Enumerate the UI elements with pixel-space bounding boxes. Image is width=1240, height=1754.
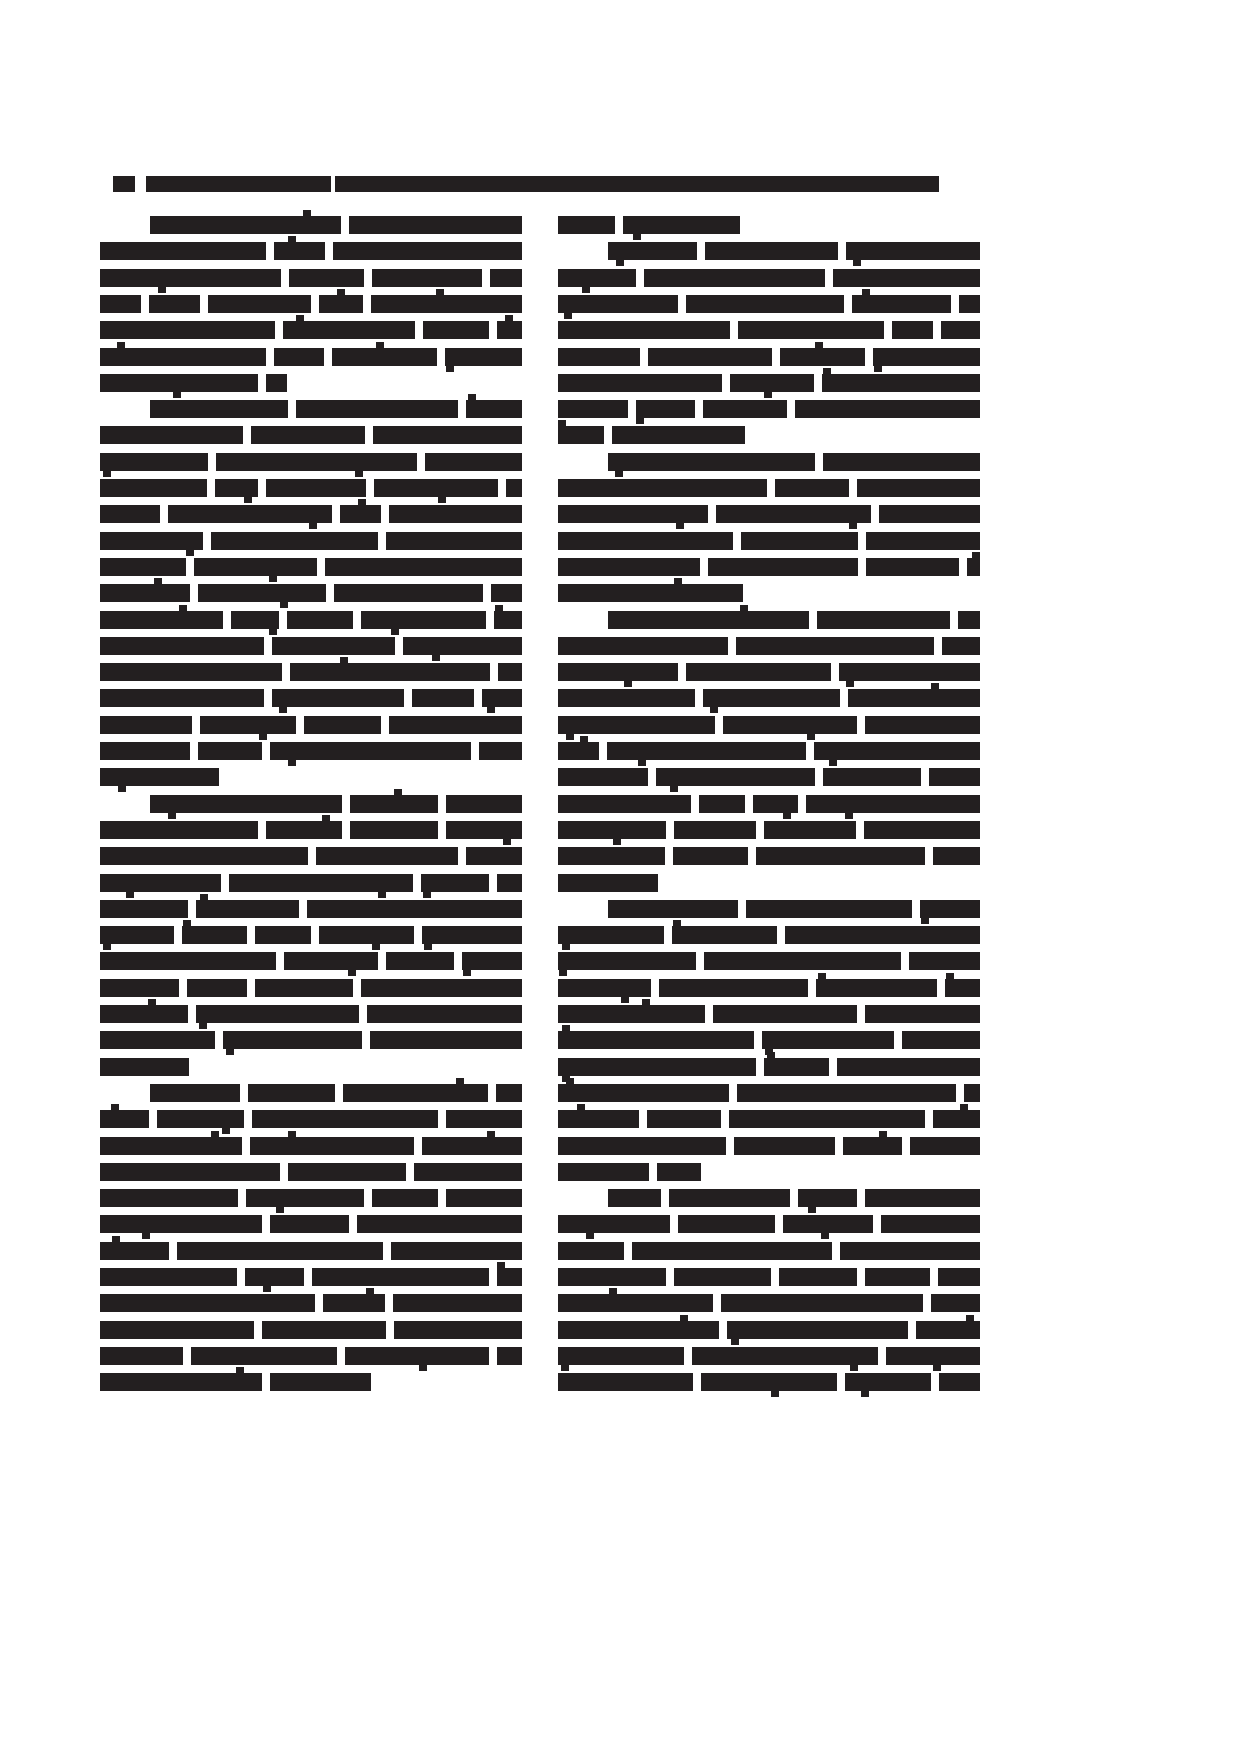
redaction-bar [334,584,483,602]
redaction-bar [701,1373,837,1391]
redaction-bar [150,795,342,813]
descender-mark [487,1131,495,1137]
redacted-text-line [558,321,980,339]
descender-mark [767,1052,775,1058]
redaction-bar [231,611,279,629]
redaction-bar [496,1084,522,1102]
redacted-text-line [100,479,522,497]
redacted-text-line [558,532,980,550]
redaction-bar [558,689,695,707]
redaction-bar [403,637,522,655]
redaction-bar [865,1005,980,1023]
redaction-bar [296,400,458,418]
redacted-text-line [100,1294,522,1312]
redaction-bar [873,348,980,366]
redaction-bar [558,1084,729,1102]
descender-mark [118,786,126,792]
descender-mark [807,734,815,740]
redaction-bar [350,795,438,813]
redaction-bar [756,847,925,865]
redaction-bar [100,663,282,681]
redaction-bar [211,532,378,550]
redacted-text-line [100,1058,189,1076]
redaction-bar [100,1347,183,1365]
redaction-bar [497,874,522,892]
descender-mark [586,1233,594,1239]
descender-mark [158,287,166,293]
descender-mark [495,605,503,611]
descender-mark [276,1207,284,1213]
redaction-bar [558,742,599,760]
redaction-bar [704,952,901,970]
descender-mark [222,1128,230,1134]
redaction-bar [198,742,262,760]
descender-mark [559,970,567,976]
redacted-text-line [100,453,522,471]
redaction-bar [558,1373,693,1391]
redacted-text-line [100,295,522,313]
redaction-bar [746,900,912,918]
descender-mark [783,813,791,819]
redaction-bar [445,348,522,366]
redaction-bar [967,558,980,576]
descender-mark [566,1078,574,1084]
redacted-text-line [558,1110,980,1128]
redacted-text-line [100,1110,522,1128]
redacted-text-line [558,1268,980,1286]
redaction-bar [191,1347,337,1365]
redaction-bar [446,795,522,813]
descender-mark [818,973,826,979]
descender-mark [673,920,681,926]
redaction-bar [425,453,522,471]
descender-mark [226,1049,234,1055]
redaction-bar [558,321,730,339]
redaction-bar [843,1137,902,1155]
redaction-bar [636,400,695,418]
redacted-text-line [100,374,287,392]
redacted-text-line [100,1347,522,1365]
redaction-bar [367,1005,522,1023]
redaction-bar [149,295,200,313]
redacted-text-line [100,611,522,629]
redaction-bar [902,1031,980,1049]
redaction-bar [941,321,980,339]
redacted-text-line [100,742,522,760]
redaction-bar [823,768,921,786]
redaction-bar [386,952,454,970]
descender-mark [740,605,748,611]
redacted-text-line [558,689,980,707]
redaction-bar [100,874,221,892]
redaction-bar [558,1137,726,1155]
redaction-bar [100,532,203,550]
descender-mark [674,578,682,584]
redaction-bar [669,1189,790,1207]
redaction-bar [938,1268,980,1286]
redaction-bar [372,269,482,287]
redaction-bar [270,1215,349,1233]
descender-mark [419,1365,427,1371]
descender-mark [438,497,446,503]
redaction-bar [674,821,756,839]
redaction-bar [100,952,276,970]
descender-mark [168,813,176,819]
redacted-text-line [558,821,980,839]
redaction-bar [865,1189,980,1207]
redaction-bar [223,1031,362,1049]
redaction-bar [100,295,141,313]
redaction-bar [608,611,809,629]
descender-mark [764,392,772,398]
descender-mark [853,260,861,266]
redaction-bar [325,558,522,576]
descender-mark [279,707,287,713]
redaction-bar [558,1268,666,1286]
redaction-bar [100,1163,280,1181]
redaction-bar [150,1084,240,1102]
descender-mark [845,813,853,819]
descender-mark [670,786,678,792]
redacted-text-line [558,637,980,655]
redaction-bar [764,1058,829,1076]
redaction-bar [100,374,258,392]
redaction-bar [100,926,174,944]
descender-mark [808,1207,816,1213]
descender-mark [322,815,330,821]
descender-mark [562,1025,570,1031]
redaction-bar [857,479,980,497]
descender-mark [613,839,621,845]
redacted-text-line [558,1163,701,1181]
redaction-bar [272,689,404,707]
redaction-bar [262,1321,386,1339]
redaction-bar [100,689,264,707]
descender-mark [874,366,882,372]
redaction-bar [216,453,417,471]
redaction-bar [266,821,342,839]
redaction-bar [357,1215,522,1233]
redaction-bar [845,1373,931,1391]
descender-mark [815,342,823,348]
redaction-bar [343,1084,488,1102]
redaction-bar [100,242,266,260]
descender-mark [829,760,837,766]
descender-mark [633,234,641,240]
descender-mark [269,629,277,635]
descender-mark [309,523,317,529]
redaction-bar [833,269,980,287]
redaction-bar [462,952,522,970]
redaction-bar [674,1268,771,1286]
redaction-bar [879,505,980,523]
descender-mark [424,944,432,950]
redacted-text-line [558,1294,980,1312]
redacted-text-line [608,611,980,629]
redaction-bar [607,742,806,760]
redaction-bar [266,479,366,497]
redaction-bar [558,400,628,418]
descender-mark [236,1367,244,1373]
redaction-bar [558,348,640,366]
descender-mark [269,576,277,582]
redaction-bar [656,768,815,786]
redaction-bar [361,979,522,997]
redaction-bar [272,637,395,655]
redaction-bar [100,1294,315,1312]
redaction-bar [612,426,745,444]
descender-mark [183,920,191,926]
redacted-text-line [558,216,740,234]
descender-mark [456,1078,464,1084]
redaction-bar [386,532,522,550]
redaction-bar [703,400,787,418]
descender-mark [358,499,366,505]
descender-mark [288,236,296,242]
descender-mark [497,1262,505,1268]
redacted-text-line [558,558,980,576]
descender-mark [609,1288,617,1294]
redaction-bar [558,1058,756,1076]
redaction-bar [729,1110,925,1128]
document-page [0,0,1240,1754]
redacted-text-line [100,874,522,892]
redaction-bar [647,1110,721,1128]
redaction-bar [393,1294,522,1312]
redacted-text-line [558,400,980,418]
redaction-bar [959,295,980,313]
redaction-bar [312,1268,489,1286]
redacted-text-line [558,1215,980,1233]
redaction-bar [252,1110,438,1128]
redaction-bar [881,1215,980,1233]
descender-mark [582,287,590,293]
descender-mark [103,471,111,477]
redaction-bar [686,295,844,313]
descender-mark [558,420,566,426]
redaction-bar [816,979,937,997]
redaction-bar [498,663,522,681]
redaction-bar [270,742,471,760]
redaction-bar [837,1058,980,1076]
redaction-bar [307,900,522,918]
redacted-text-line [558,426,745,444]
redaction-bar [822,374,980,392]
redaction-bar [187,979,247,997]
redaction-bar [558,426,604,444]
descender-mark [933,1365,941,1371]
redaction-bar [100,1110,149,1128]
descender-mark [366,1288,374,1294]
redacted-text-line [608,1189,980,1207]
redaction-bar [741,532,858,550]
descender-mark [680,1315,688,1321]
redaction-bar [852,295,951,313]
redaction-bar [798,1189,857,1207]
redaction-bar [319,295,363,313]
descender-mark [376,342,384,348]
redaction-bar [100,768,219,786]
redacted-text-line [150,400,522,418]
redaction-bar [287,611,353,629]
redaction-bar [608,453,815,471]
redaction-bar [497,321,522,339]
descender-mark [348,970,356,976]
descender-mark [879,1131,887,1137]
redaction-bar [100,269,281,287]
redaction-bar [491,584,522,602]
redaction-bar [558,1347,684,1365]
redacted-text-line [558,847,980,865]
redaction-bar [931,1294,980,1312]
redacted-text-line [558,716,980,734]
redaction-bar [245,1268,304,1286]
redaction-bar [255,979,353,997]
redaction-bar [699,795,745,813]
redaction-bar [274,348,324,366]
descender-mark [503,839,511,845]
redaction-bar [558,952,696,970]
redaction-bar [198,584,326,602]
descender-mark [771,1391,779,1397]
redaction-bar [558,505,708,523]
descender-mark [173,392,181,398]
redaction-bar [558,716,715,734]
redacted-text-line [558,1084,980,1102]
redaction-bar [703,689,840,707]
descender-mark [211,1131,219,1137]
redaction-bar [708,558,858,576]
descender-mark [112,1236,120,1242]
descender-mark [624,681,632,687]
redacted-text-line [100,900,522,918]
descender-mark [303,210,311,216]
redaction-bar [100,1058,189,1076]
redaction-bar [958,611,980,629]
redacted-text-line [100,321,522,339]
redaction-bar [100,637,264,655]
redaction-bar [866,558,959,576]
descender-mark [372,944,380,950]
descender-mark [849,523,857,529]
redaction-bar [839,663,980,681]
descender-mark [391,629,399,635]
redaction-bar [422,1137,522,1155]
redaction-bar [806,795,980,813]
redaction-bar [648,348,772,366]
redaction-bar [632,1242,832,1260]
redaction-bar [738,321,884,339]
descender-mark [821,1233,829,1239]
redacted-text-line [150,216,522,234]
redaction-bar [817,611,950,629]
redaction-bar [865,716,980,734]
descender-mark [200,894,208,900]
redaction-bar [100,426,243,444]
descender-mark [642,999,650,1005]
redacted-text-line [100,242,522,260]
descender-mark [710,707,718,713]
redaction-bar [823,453,980,471]
redacted-text-line [558,1031,980,1049]
redaction-bar [686,663,831,681]
redacted-text-line [100,716,522,734]
redaction-bar [734,1137,835,1155]
redacted-text-line [100,1031,522,1049]
descender-mark [505,315,513,321]
descender-mark [638,760,646,766]
redacted-text-line [558,269,980,287]
redaction-bar [350,821,438,839]
redaction-bar [795,400,980,418]
redaction-bar [374,479,498,497]
descender-mark [862,289,870,295]
redaction-bar [916,1321,980,1339]
redaction-bar [323,1294,385,1312]
redacted-text-line [558,1321,980,1339]
redaction-bar [692,1347,878,1365]
redaction-bar [177,1242,383,1260]
redaction-bar [558,216,615,234]
redaction-bar [558,269,636,287]
redacted-text-line [100,637,522,655]
redaction-bar [283,321,415,339]
descender-mark [850,1365,858,1371]
redaction-bar [100,584,190,602]
descender-mark [378,892,386,898]
redaction-bar [100,821,258,839]
descender-mark [676,523,684,529]
redaction-bar [886,1347,980,1365]
redaction-bar [866,532,980,550]
redaction-bar [100,979,179,997]
descender-mark [199,1023,207,1029]
redaction-bar [558,926,664,944]
descender-mark [861,1391,869,1397]
redaction-bar [100,1137,242,1155]
redaction-bar [558,847,665,865]
descender-mark [394,789,402,795]
redacted-text-line [100,926,522,944]
redaction-bar [865,1268,930,1286]
redaction-bar [361,611,486,629]
redacted-text-line [558,505,980,523]
redaction-bar [497,1347,522,1365]
redaction-bar [466,847,522,865]
descender-mark [259,734,267,740]
redaction-bar [608,1189,661,1207]
descender-mark [468,394,476,400]
redacted-text-line [100,1215,522,1233]
redaction-bar [723,716,857,734]
descender-mark [487,707,495,713]
redaction-bar [673,847,748,865]
redaction-bar [394,1321,522,1339]
redaction-bar [100,1268,237,1286]
redaction-bar [558,1031,754,1049]
redaction-bar [270,1373,371,1391]
descender-mark [355,471,363,477]
redacted-text-line [608,453,980,471]
redaction-bar [215,479,258,497]
descender-mark [561,1365,569,1371]
descender-mark [244,497,252,503]
redacted-text-line [608,900,980,918]
descender-mark [636,418,644,424]
redaction-bar [333,242,522,260]
redaction-bar [200,716,296,734]
redaction-bar [558,479,767,497]
